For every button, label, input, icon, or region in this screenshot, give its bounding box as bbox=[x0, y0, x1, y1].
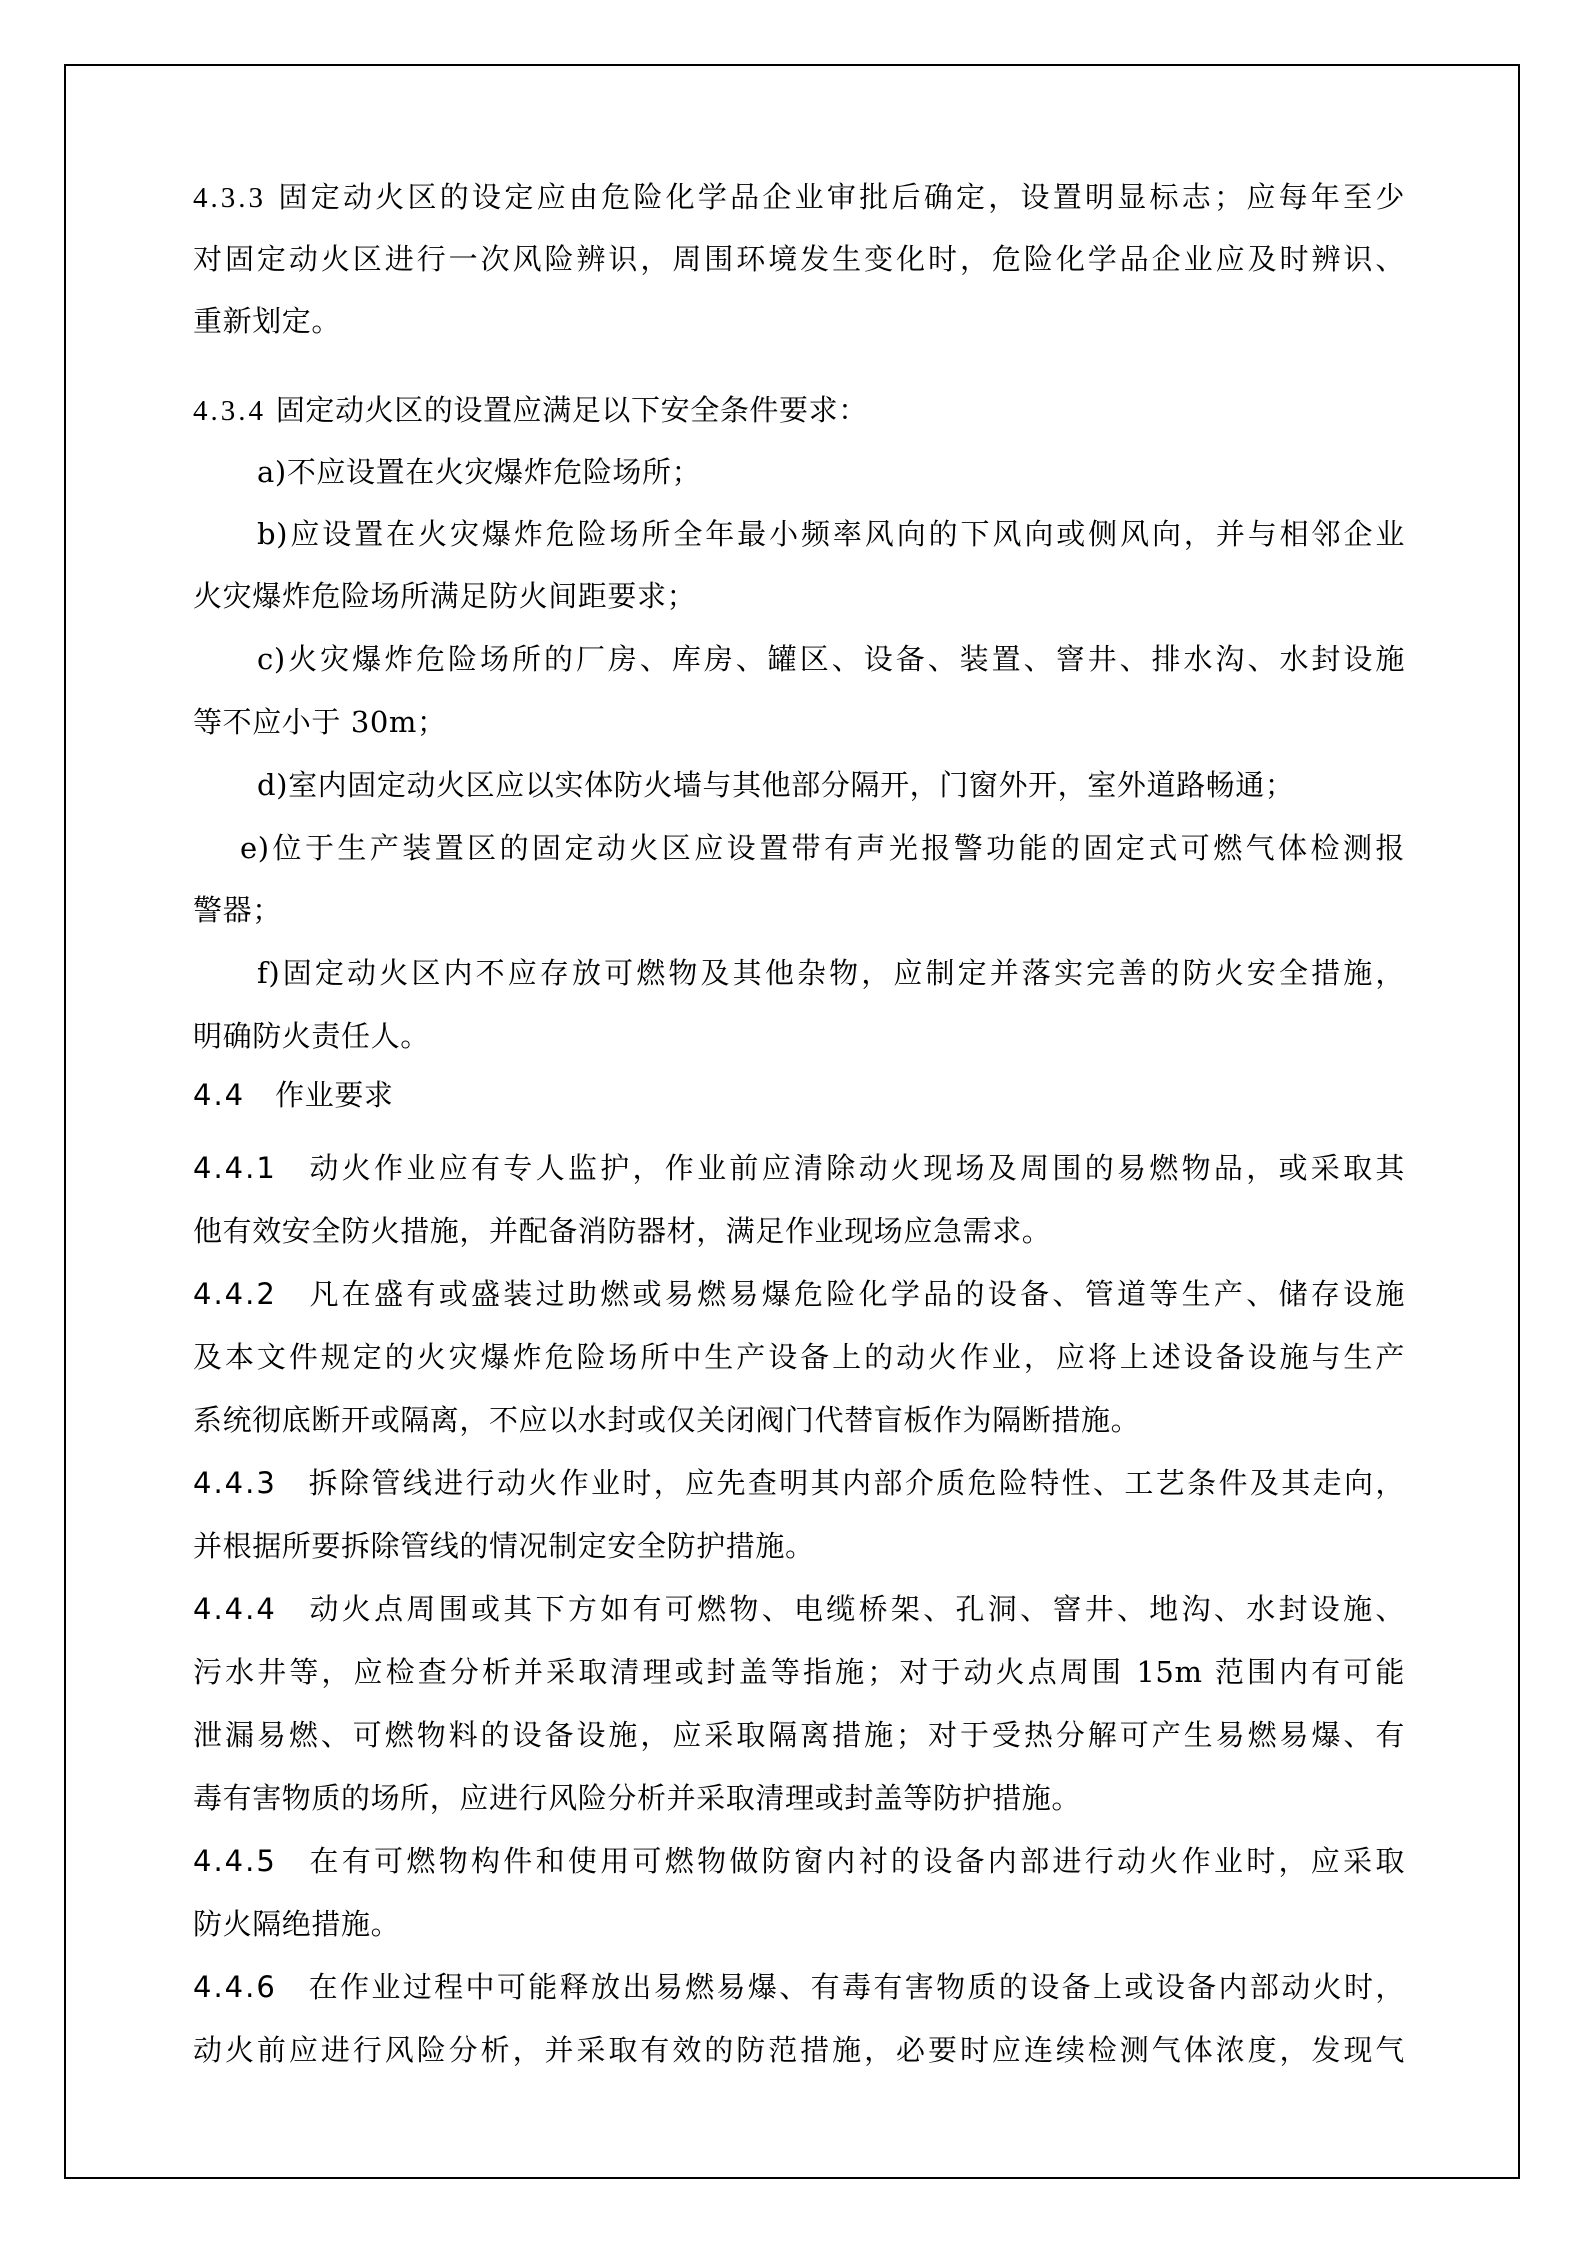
clause-4-4-4-line-3: 泄漏易燃、可燃物料的设备设施，应采取隔离措施；对于受热分解可产生易燃易爆、有 bbox=[193, 1715, 1405, 1755]
list-item-text: 火灾爆炸危险场所的厂房、库房、罐区、设备、装置、窨井、排水沟、水封设施 bbox=[286, 642, 1405, 676]
paragraph-text: 固定动火区的设定应由危险化学品企业审批后确定，设置明显标志；应每年至少 bbox=[278, 180, 1405, 214]
list-item-text: 应设置在火灾爆炸危险场所全年最小频率风向的下风向或侧风向，并与相邻企业 bbox=[288, 517, 1405, 551]
clause-4-4-6-line-1: 4.4.6在作业过程中可能释放出易燃易爆、有毒有害物质的设备上或设备内部动火时， bbox=[193, 1967, 1405, 2007]
paragraph-4-3-3-line-3: 重新划定。 bbox=[193, 301, 341, 341]
paragraph-4-3-4-line-1: 4.3.4 固定动火区的设置应满足以下安全条件要求： bbox=[193, 390, 868, 430]
list-item-b-line-2: 火灾爆炸危险场所满足防火间距要求； bbox=[193, 576, 696, 616]
section-number: 4.4 bbox=[193, 1078, 245, 1112]
clause-4-4-2-line-1: 4.4.2凡在盛有或盛装过助燃或易燃易爆危险化学品的设备、管道等生产、储存设施 bbox=[193, 1274, 1405, 1314]
clause-4-4-3-line-1: 4.4.3拆除管线进行动火作业时，应先查明其内部介质危险特性、工艺条件及其走向， bbox=[193, 1463, 1405, 1503]
list-item-f-line-2: 明确防火责任人。 bbox=[193, 1016, 430, 1056]
list-item-text: 位于生产装置区的固定动火区应设置带有声光报警功能的固定式可燃气体检测报 bbox=[270, 831, 1405, 865]
clause-number: 4.4.3 bbox=[193, 1466, 277, 1500]
list-item-text: 不应设置在火灾爆炸危险场所； bbox=[287, 455, 701, 489]
clause-4-4-4-line-1: 4.4.4动火点周围或其下方如有可燃物、电缆桥架、孔洞、窨井、地沟、水封设施、 bbox=[193, 1589, 1405, 1629]
list-item-e-line-1: e)位于生产装置区的固定动火区应设置带有声光报警功能的固定式可燃气体检测报 bbox=[240, 828, 1405, 868]
clause-4-4-1-line-1: 4.4.1动火作业应有专人监护，作业前应清除动火现场及周围的易燃物品，或采取其 bbox=[193, 1148, 1405, 1188]
section-heading-4-4: 4.4作业要求 bbox=[193, 1075, 394, 1115]
clause-text: 动火作业应有专人监护，作业前应清除动火现场及周围的易燃物品，或采取其 bbox=[307, 1151, 1405, 1185]
clause-number: 4.3.3 bbox=[193, 182, 266, 214]
clause-number: 4.4.6 bbox=[193, 1970, 277, 2004]
clause-text: 动火点周围或其下方如有可燃物、电缆桥架、孔洞、窨井、地沟、水封设施、 bbox=[307, 1592, 1405, 1626]
clause-4-4-5-line-1: 4.4.5在有可燃物构件和使用可燃物做防窗内衬的设备内部进行动火作业时，应采取 bbox=[193, 1841, 1405, 1881]
clause-text: 凡在盛有或盛装过助燃或易燃易爆危险化学品的设备、管道等生产、储存设施 bbox=[307, 1277, 1405, 1311]
list-item-a: a)不应设置在火灾爆炸危险场所； bbox=[257, 452, 701, 492]
list-marker: e) bbox=[240, 831, 270, 865]
list-marker: f) bbox=[257, 956, 280, 990]
list-marker: c) bbox=[257, 642, 286, 676]
list-marker: b) bbox=[257, 517, 288, 551]
list-item-b-line-1: b)应设置在火灾爆炸危险场所全年最小频率风向的下风向或侧风向，并与相邻企业 bbox=[257, 514, 1405, 554]
list-item-d: d)室内固定动火区应以实体防火墙与其他部分隔开，门窗外开，室外道路畅通； bbox=[257, 765, 1294, 805]
list-marker: a) bbox=[257, 455, 287, 489]
clause-4-4-5-line-2: 防火隔绝措施。 bbox=[193, 1904, 400, 1944]
paragraph-text: 固定动火区的设置应满足以下安全条件要求： bbox=[276, 393, 868, 427]
list-item-c-line-2: 等不应小于 30m； bbox=[193, 702, 447, 742]
clause-number: 4.4.5 bbox=[193, 1844, 277, 1878]
clause-4-4-2-line-3: 系统彻底断开或隔离，不应以水封或仅关闭阀门代替盲板作为隔断措施。 bbox=[193, 1400, 1140, 1440]
clause-text: 在作业过程中可能释放出易燃易爆、有毒有害物质的设备上或设备内部动火时， bbox=[307, 1970, 1405, 2004]
clause-text: 在有可燃物构件和使用可燃物做防窗内衬的设备内部进行动火作业时，应采取 bbox=[307, 1844, 1405, 1878]
paragraph-4-3-3-line-1: 4.3.3 固定动火区的设定应由危险化学品企业审批后确定，设置明显标志；应每年至… bbox=[193, 177, 1405, 217]
list-item-c-line-1: c)火灾爆炸危险场所的厂房、库房、罐区、设备、装置、窨井、排水沟、水封设施 bbox=[257, 639, 1405, 679]
list-item-text: 固定动火区内不应存放可燃物及其他杂物，应制定并落实完善的防火安全措施， bbox=[280, 956, 1405, 990]
list-item-text: 室内固定动火区应以实体防火墙与其他部分隔开，门窗外开，室外道路畅通； bbox=[288, 768, 1294, 802]
clause-text: 拆除管线进行动火作业时，应先查明其内部介质危险特性、工艺条件及其走向， bbox=[307, 1466, 1405, 1500]
list-item-e-line-2: 警器； bbox=[193, 890, 282, 930]
clause-4-4-3-line-2: 并根据所要拆除管线的情况制定安全防护措施。 bbox=[193, 1526, 815, 1566]
list-marker: d) bbox=[257, 768, 288, 802]
clause-number: 4.3.4 bbox=[193, 395, 266, 427]
clause-4-4-6-line-2: 动火前应进行风险分析，并采取有效的防范措施，必要时应连续检测气体浓度，发现气 bbox=[193, 2030, 1405, 2070]
clause-number: 4.4.2 bbox=[193, 1277, 277, 1311]
clause-4-4-1-line-2: 他有效安全防火措施，并配备消防器材，满足作业现场应急需求。 bbox=[193, 1211, 1051, 1251]
clause-4-4-2-line-2: 及本文件规定的火灾爆炸危险场所中生产设备上的动火作业，应将上述设备设施与生产 bbox=[193, 1337, 1405, 1377]
list-item-f-line-1: f)固定动火区内不应存放可燃物及其他杂物，应制定并落实完善的防火安全措施， bbox=[257, 953, 1405, 993]
clause-4-4-4-line-2: 污水井等，应检查分析并采取清理或封盖等指施；对于动火点周围 15m 范围内有可能 bbox=[193, 1652, 1405, 1692]
clause-number: 4.4.4 bbox=[193, 1592, 277, 1626]
paragraph-4-3-3-line-2: 对固定动火区进行一次风险辨识，周围环境发生变化时，危险化学品企业应及时辨识、 bbox=[193, 239, 1405, 279]
clause-4-4-4-line-4: 毒有害物质的场所，应进行风险分析并采取清理或封盖等防护措施。 bbox=[193, 1778, 1081, 1818]
section-title: 作业要求 bbox=[275, 1078, 393, 1112]
clause-number: 4.4.1 bbox=[193, 1151, 277, 1185]
